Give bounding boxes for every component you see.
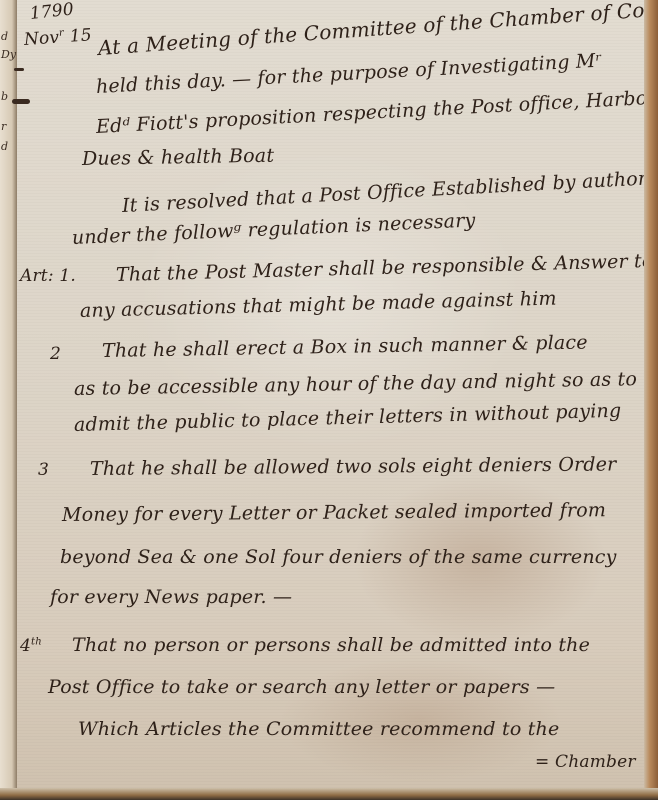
article-2-label: 2 <box>50 344 61 364</box>
line-15: for every News paper. — <box>50 586 292 608</box>
line-3: Edᵈ Fiott's proposition respecting the P… <box>95 86 658 138</box>
line-13: Money for every Letter or Packet sealed … <box>62 499 606 526</box>
line-9: That he shall erect a Box in such manner… <box>102 332 588 362</box>
prev-page-fragment: b <box>1 90 8 103</box>
article-4-label: 4th <box>20 636 42 656</box>
line-5: It is resolved that a Post Office Establ… <box>121 166 658 217</box>
line-4: Dues & health Boat <box>82 145 275 170</box>
article-1-label: Art: 1. <box>20 266 76 286</box>
line-16: That no person or persons shall be admit… <box>72 634 590 656</box>
date-month: Nov <box>23 28 60 50</box>
line-12: That he shall be allowed two sols eight … <box>90 453 617 480</box>
ink-blot <box>12 99 30 104</box>
margin-date: Novr 15 <box>23 25 92 50</box>
right-page-edge <box>644 0 658 800</box>
prev-page-fragment: r <box>1 120 6 133</box>
date-month-sup: r <box>59 28 65 39</box>
previous-page-edge: d Dy b r d <box>0 0 17 800</box>
prev-page-fragment: d <box>1 30 8 43</box>
date-day: 15 <box>69 25 92 46</box>
bottom-page-edge <box>0 788 658 800</box>
line-10: as to be accessible any hour of the day … <box>74 368 637 400</box>
ink-blot <box>14 68 24 71</box>
manuscript-page: d Dy b r d 1790 Novr 15 At a Meeting of … <box>0 0 658 800</box>
line-11: admit the public to place their letters … <box>74 400 622 436</box>
article-4-number: 4 <box>20 636 31 656</box>
line-8: any accusations that might be made again… <box>80 288 557 322</box>
margin-year: 1790 <box>29 0 75 24</box>
article-3-label: 3 <box>38 460 49 480</box>
catchword-chamber: = Chamber <box>535 752 636 772</box>
prev-page-fragment: d <box>1 140 8 153</box>
line-18: Which Articles the Committee recommend t… <box>78 718 559 740</box>
prev-page-fragment: Dy <box>1 48 16 61</box>
line-7: That the Post Master shall be responsibl… <box>116 250 654 286</box>
line-2: held this day. — for the purpose of Inve… <box>95 49 602 98</box>
article-4-sup: th <box>31 636 42 647</box>
line-14: beyond Sea & one Sol four deniers of the… <box>60 546 617 568</box>
line-17: Post Office to take or search any letter… <box>48 676 555 698</box>
